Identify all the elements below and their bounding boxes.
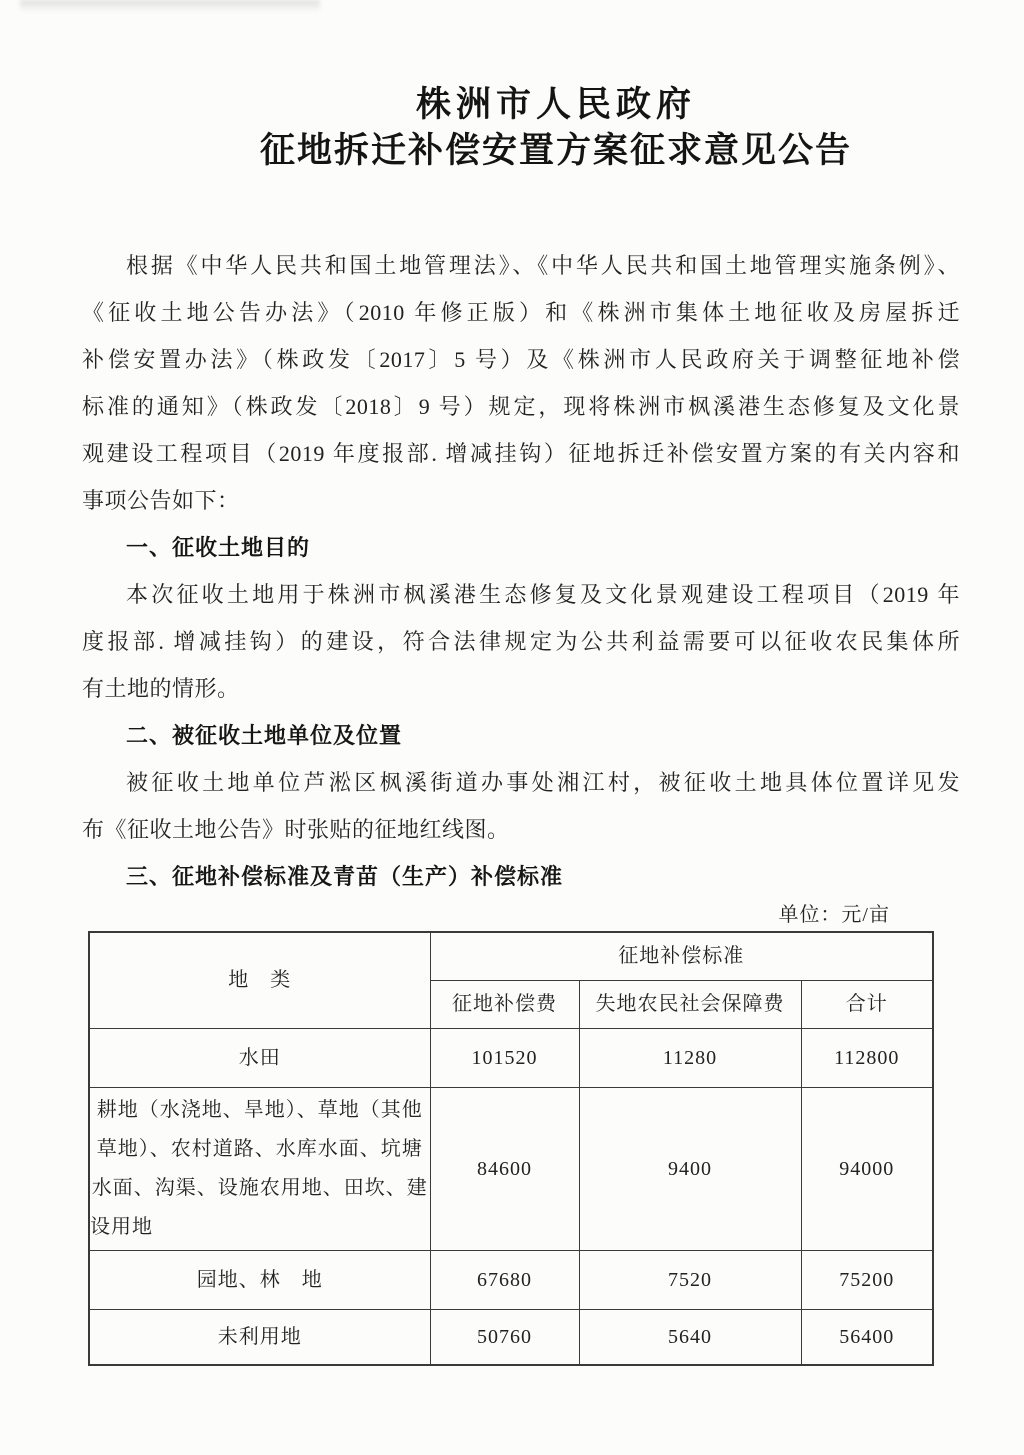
table-row: 未利用地 50760 5640 56400 [89,1310,933,1366]
cell-compensation-fee: 67680 [430,1251,579,1310]
cell-social-security-fee: 11280 [579,1029,801,1088]
cell-land-type: 水田 [89,1029,430,1088]
cell-total: 56400 [801,1310,933,1366]
header-cell-social-security-fee: 失地农民社会保障费 [579,981,801,1029]
text-line: 《征收土地公告办法》（2010 年修正版）和《株洲市集体土地征收及房屋拆迁 [82,289,960,336]
header-cell-total: 合计 [801,981,933,1029]
cell-land-type: 耕地（水浇地、旱地）、草地（其他草地）、农村道路、水库水面、坑塘水面、沟渠、设施… [89,1088,430,1251]
text-line: 本次征收土地用于株洲市枫溪港生态修复及文化景观建设工程项目（2019 年 [82,571,960,618]
section3-heading: 三、征地补偿标准及青苗（生产）补偿标准 [82,853,960,900]
table-header-row-1: 地 类 征地补偿标准 [89,932,933,981]
cell-total: 94000 [801,1088,933,1251]
cell-social-security-fee: 9400 [579,1088,801,1251]
section1-heading: 一、征收土地目的 [82,524,960,571]
cell-compensation-fee: 101520 [430,1029,579,1088]
text-line: 事项公告如下： [82,477,960,524]
section2-paragraph: 被征收土地单位芦淞区枫溪街道办事处湘江村，被征收土地具体位置详见发 布《征收土地… [82,759,960,853]
document-title: 株洲市人民政府 征地拆迁补偿安置方案征求意见公告 [0,0,1024,176]
table-row: 水田 101520 11280 112800 [89,1029,933,1088]
cell-social-security-fee: 5640 [579,1310,801,1366]
cell-land-type: 未利用地 [89,1310,430,1366]
cell-compensation-fee: 84600 [430,1088,579,1251]
table-row: 耕地（水浇地、旱地）、草地（其他草地）、农村道路、水库水面、坑塘水面、沟渠、设施… [89,1088,933,1251]
table-row: 园地、林 地 67680 7520 75200 [89,1251,933,1310]
cell-compensation-fee: 50760 [430,1310,579,1366]
title-line-2: 征地拆迁补偿安置方案征求意见公告 [88,126,1024,176]
compensation-standard-table: 地 类 征地补偿标准 征地补偿费 失地农民社会保障费 合计 水田 101520 … [88,931,934,1366]
text-line: 标准的通知》（株政发〔2018〕9 号）规定，现将株洲市枫溪港生态修复及文化景 [82,383,960,430]
header-cell-group: 征地补偿标准 [430,932,933,981]
text-line: 有土地的情形。 [82,665,960,712]
text-line: 根据《中华人民共和国土地管理法》、《中华人民共和国土地管理实施条例》、 [82,242,960,289]
table-unit-label: 单位：元/亩 [82,900,960,930]
text-line: 观建设工程项目（2019 年度报部. 增减挂钩）征地拆迁补偿安置方案的有关内容和 [82,430,960,477]
text-line: 被征收土地单位芦淞区枫溪街道办事处湘江村，被征收土地具体位置详见发 [82,759,960,806]
text-line: 度报部. 增减挂钩）的建设，符合法律规定为公共利益需要可以征收农民集体所 [82,618,960,665]
section1-paragraph: 本次征收土地用于株洲市枫溪港生态修复及文化景观建设工程项目（2019 年 度报部… [82,571,960,712]
text-line: 布《征收土地公告》时张贴的征地红线图。 [82,806,960,853]
intro-paragraph: 根据《中华人民共和国土地管理法》、《中华人民共和国土地管理实施条例》、 《征收土… [82,242,960,524]
header-cell-land-type: 地 类 [89,932,430,1029]
title-line-1: 株洲市人民政府 [88,84,1024,126]
cell-social-security-fee: 7520 [579,1251,801,1310]
section2-heading: 二、被征收土地单位及位置 [82,712,960,759]
cell-total: 75200 [801,1251,933,1310]
text-line: 补偿安置办法》（株政发〔2017〕5 号）及《株洲市人民政府关于调整征地补偿 [82,336,960,383]
cell-land-type: 园地、林 地 [89,1251,430,1310]
cell-total: 112800 [801,1029,933,1088]
document-body: 根据《中华人民共和国土地管理法》、《中华人民共和国土地管理实施条例》、 《征收土… [82,242,960,1366]
header-cell-compensation-fee: 征地补偿费 [430,981,579,1029]
document-page: 株洲市人民政府 征地拆迁补偿安置方案征求意见公告 根据《中华人民共和国土地管理法… [0,0,1024,1455]
